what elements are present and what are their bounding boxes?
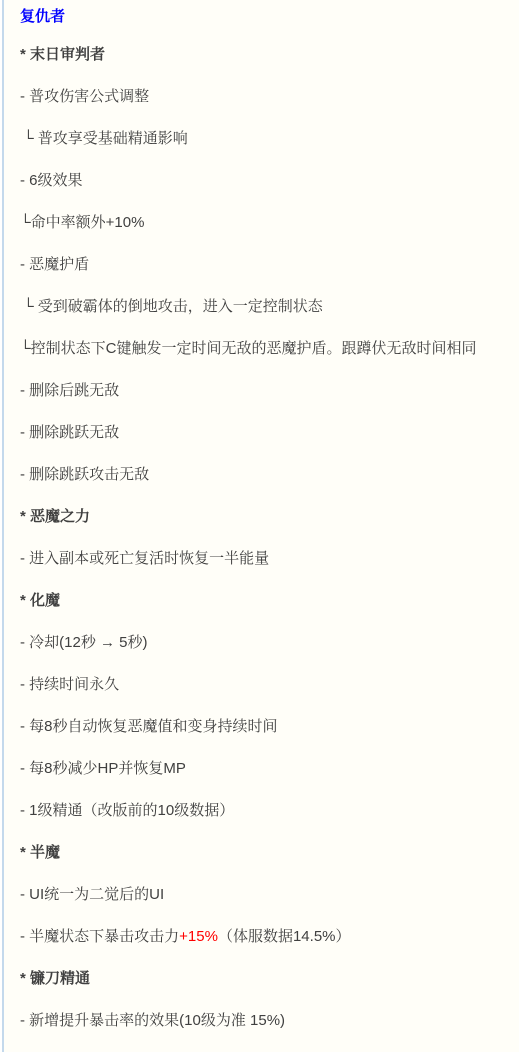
post-title: 复仇者: [20, 0, 519, 34]
section-header: * 化魔: [20, 580, 519, 622]
note-line: - 新增提升暴击率的效果(10级为准 15%): [20, 1000, 519, 1042]
note-line: - 删除后跳无敌: [20, 370, 519, 412]
note-subline: └命中率额外+10%: [20, 202, 519, 244]
highlight-text: +15%: [179, 928, 218, 945]
note-line: - 删除跳跃攻击无敌: [20, 454, 519, 496]
note-line: - 6级效果: [20, 160, 519, 202]
note-line: - 每8秒自动恢复恶魔值和变身持续时间: [20, 706, 519, 748]
post-content: 复仇者 * 末日审判者 - 普攻伤害公式调整 └ 普攻享受基础精通影响 - 6级…: [2, 0, 519, 1052]
note-line: - 进入副本或死亡复活时恢复一半能量: [20, 538, 519, 580]
note-subline: └ 受到破霸体的倒地攻击，进入一定控制状态: [20, 286, 519, 328]
note-line: - 普攻伤害公式调整: [20, 76, 519, 118]
note-line: - 持续时间永久: [20, 664, 519, 706]
note-line: - 冷却(12秒 → 5秒): [20, 622, 519, 664]
note-text: （体服数据14.5%）: [218, 928, 351, 945]
section-header: * 末日审判者: [20, 34, 519, 76]
note-line: - 恶魔护盾: [20, 244, 519, 286]
note-line: - 删除跳跃无敌: [20, 412, 519, 454]
section-header: * 半魔: [20, 832, 519, 874]
note-line: - 半魔状态下暴击攻击力+15%（体服数据14.5%）: [20, 916, 519, 958]
note-line: - UI统一为二觉后的UI: [20, 874, 519, 916]
note-subline: └控制状态下C键触发一定时间无敌的恶魔护盾。跟蹲伏无敌时间相同: [20, 328, 519, 370]
note-line: - 每8秒减少HP并恢复MP: [20, 748, 519, 790]
section-header: * 恶魔之力: [20, 496, 519, 538]
note-subline: └ 普攻享受基础精通影响: [20, 118, 519, 160]
section-header: * 镰刀精通: [20, 958, 519, 1000]
note-line: - 1级精通（改版前的10级数据）: [20, 790, 519, 832]
note-text: - 半魔状态下暴击攻击力: [20, 928, 179, 945]
